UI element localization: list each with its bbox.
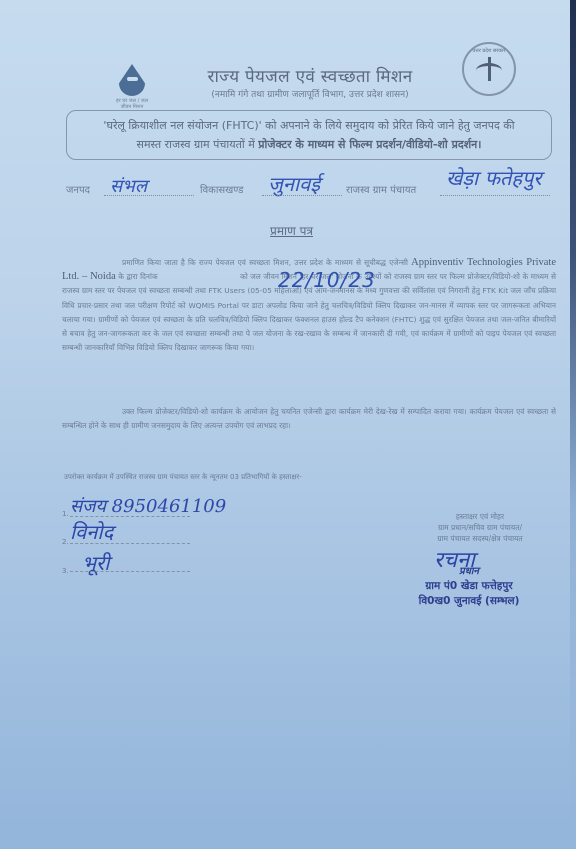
- banner-line-2: समस्त राजस्व ग्राम पंचायतों में प्रोजेक्…: [67, 135, 551, 154]
- block-value[interactable]: जुनावई: [268, 170, 320, 197]
- program-banner: 'घरेलू क्रियाशील नल संयोजन (FHTC)' को अप…: [66, 110, 552, 160]
- banner-bold-text: प्रोजेक्टर के माध्यम से फिल्म प्रदर्शन/व…: [258, 138, 481, 151]
- panchayat-label: राजस्व ग्राम पंचायत: [346, 182, 416, 196]
- logo-caption: हर घर जल / जल जीवन मिशन: [110, 98, 154, 110]
- panchayat-value[interactable]: खेड़ा फतेहपुर: [446, 164, 542, 191]
- signature-seal-label: हस्ताक्षर एवं मोहर ग्राम प्रधान/सचिव ग्र…: [410, 511, 550, 544]
- page-edge-shadow: [570, 0, 576, 849]
- certificate-paragraph-2: उक्त फिल्म प्रोजेक्टर/विडियो-शो कार्यक्र…: [62, 405, 556, 433]
- certificate-title: प्रमाण पत्र: [270, 222, 313, 239]
- participant-row: 3.: [62, 567, 69, 575]
- district-label: जनपद: [66, 182, 90, 196]
- bow-arrow-icon: [474, 57, 504, 81]
- banner-line-1: 'घरेलू क्रियाशील नल संयोजन (FHTC)' को अप…: [67, 116, 551, 135]
- participant-signature-2[interactable]: विनोद: [70, 518, 113, 545]
- handwritten-date[interactable]: 22/10/23: [278, 268, 376, 292]
- participant-row: 2.: [62, 538, 69, 546]
- page-title: राज्य पेयजल एवं स्वच्छता मिशन: [180, 64, 440, 87]
- emblem-text: उत्तर प्रदेश सरकार: [464, 48, 514, 54]
- page-subtitle: (नमामि गंगे तथा ग्रामीण जलापूर्ति विभाग,…: [160, 87, 460, 100]
- participant-signature-1[interactable]: संजय 8950461109: [70, 494, 226, 518]
- block-label: विकासखण्ड: [200, 182, 243, 196]
- participant-row: 1.: [62, 510, 69, 518]
- water-drop-icon: [119, 64, 145, 96]
- up-government-emblem: उत्तर प्रदेश सरकार: [462, 42, 516, 96]
- jal-jeevan-mission-logo: हर घर जल / जल जीवन मिशन: [110, 64, 154, 110]
- official-stamp: प्रधान ग्राम पं0 खेडा फत्तेहपुर वि0ख0 जु…: [394, 563, 544, 608]
- participants-intro: उपरोक्त कार्यक्रम में उपस्थित राजस्व ग्र…: [64, 472, 334, 483]
